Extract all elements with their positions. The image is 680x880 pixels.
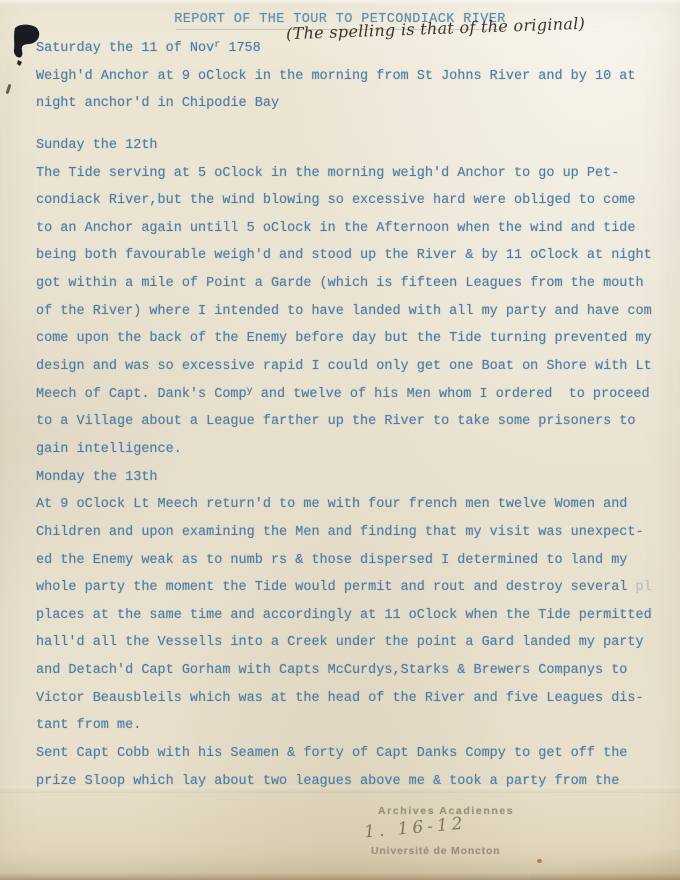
text-line: places at the same time and accordingly … <box>36 602 652 630</box>
text-line: The Tide serving at 5 oClock in the morn… <box>36 160 652 188</box>
archive-stamp-institution: Université de Moncton <box>371 845 500 857</box>
text-line: night anchor'd in Chipodie Bay <box>36 90 652 118</box>
text-line: hall'd all the Vessells into a Creek und… <box>36 629 652 657</box>
text-line: At 9 oClock Lt Meech return'd to me with… <box>36 491 652 519</box>
text-line: Sunday the 12th <box>36 132 652 160</box>
text-line: being both favourable weigh'd and stood … <box>36 242 652 270</box>
catalog-number-handwritten: 1. 16-12 <box>363 814 467 843</box>
text-line: Meech of Capt. Dank's Compy and twelve o… <box>36 381 652 409</box>
stray-ink-mark <box>6 84 12 94</box>
text-line: Monday the 13th <box>36 464 652 492</box>
text-line: come upon the back of the Enemy before d… <box>36 325 652 353</box>
text-line: to an Anchor again untill 5 oClock in th… <box>36 215 652 243</box>
paper-fold-crease <box>0 786 680 793</box>
text-line: design and was so excessive rapid I coul… <box>36 353 652 381</box>
text-line: ed the Enemy weak as to numb rs & those … <box>36 547 652 575</box>
paper-top-edge <box>0 0 680 5</box>
text-line: gain intelligence. <box>36 436 652 464</box>
text-line: whole party the moment the Tide would pe… <box>36 574 652 602</box>
text-line: Weigh'd Anchor at 9 oClock in the mornin… <box>36 63 652 91</box>
text-line: condiack River,but the wind blowing so e… <box>36 187 652 215</box>
text-line: Children and upon examining the Men and … <box>36 519 652 547</box>
text-line: got within a mile of Point a Garde (whic… <box>36 270 652 298</box>
text-line: Victor Beausbleils which was at the head… <box>36 685 652 713</box>
paper-bottom-edge <box>0 873 680 880</box>
text-line: and Detach'd Capt Gorham with Capts McCu… <box>36 657 652 685</box>
text-line: of the River) where I intended to have l… <box>36 298 652 326</box>
document-body: Saturday the 11 of Novr 1758Weigh'd Anch… <box>36 35 652 795</box>
text-line: Sent Capt Cobb with his Seamen & forty o… <box>36 740 652 768</box>
text-line: to a Village about a League farther up t… <box>36 408 652 436</box>
text-line: Saturday the 11 of Novr 1758 <box>36 35 652 63</box>
scanned-document-page: REPORT OF THE TOUR TO PETCONDIACK RIVER … <box>0 0 680 880</box>
text-line: tant from me. <box>36 712 652 740</box>
